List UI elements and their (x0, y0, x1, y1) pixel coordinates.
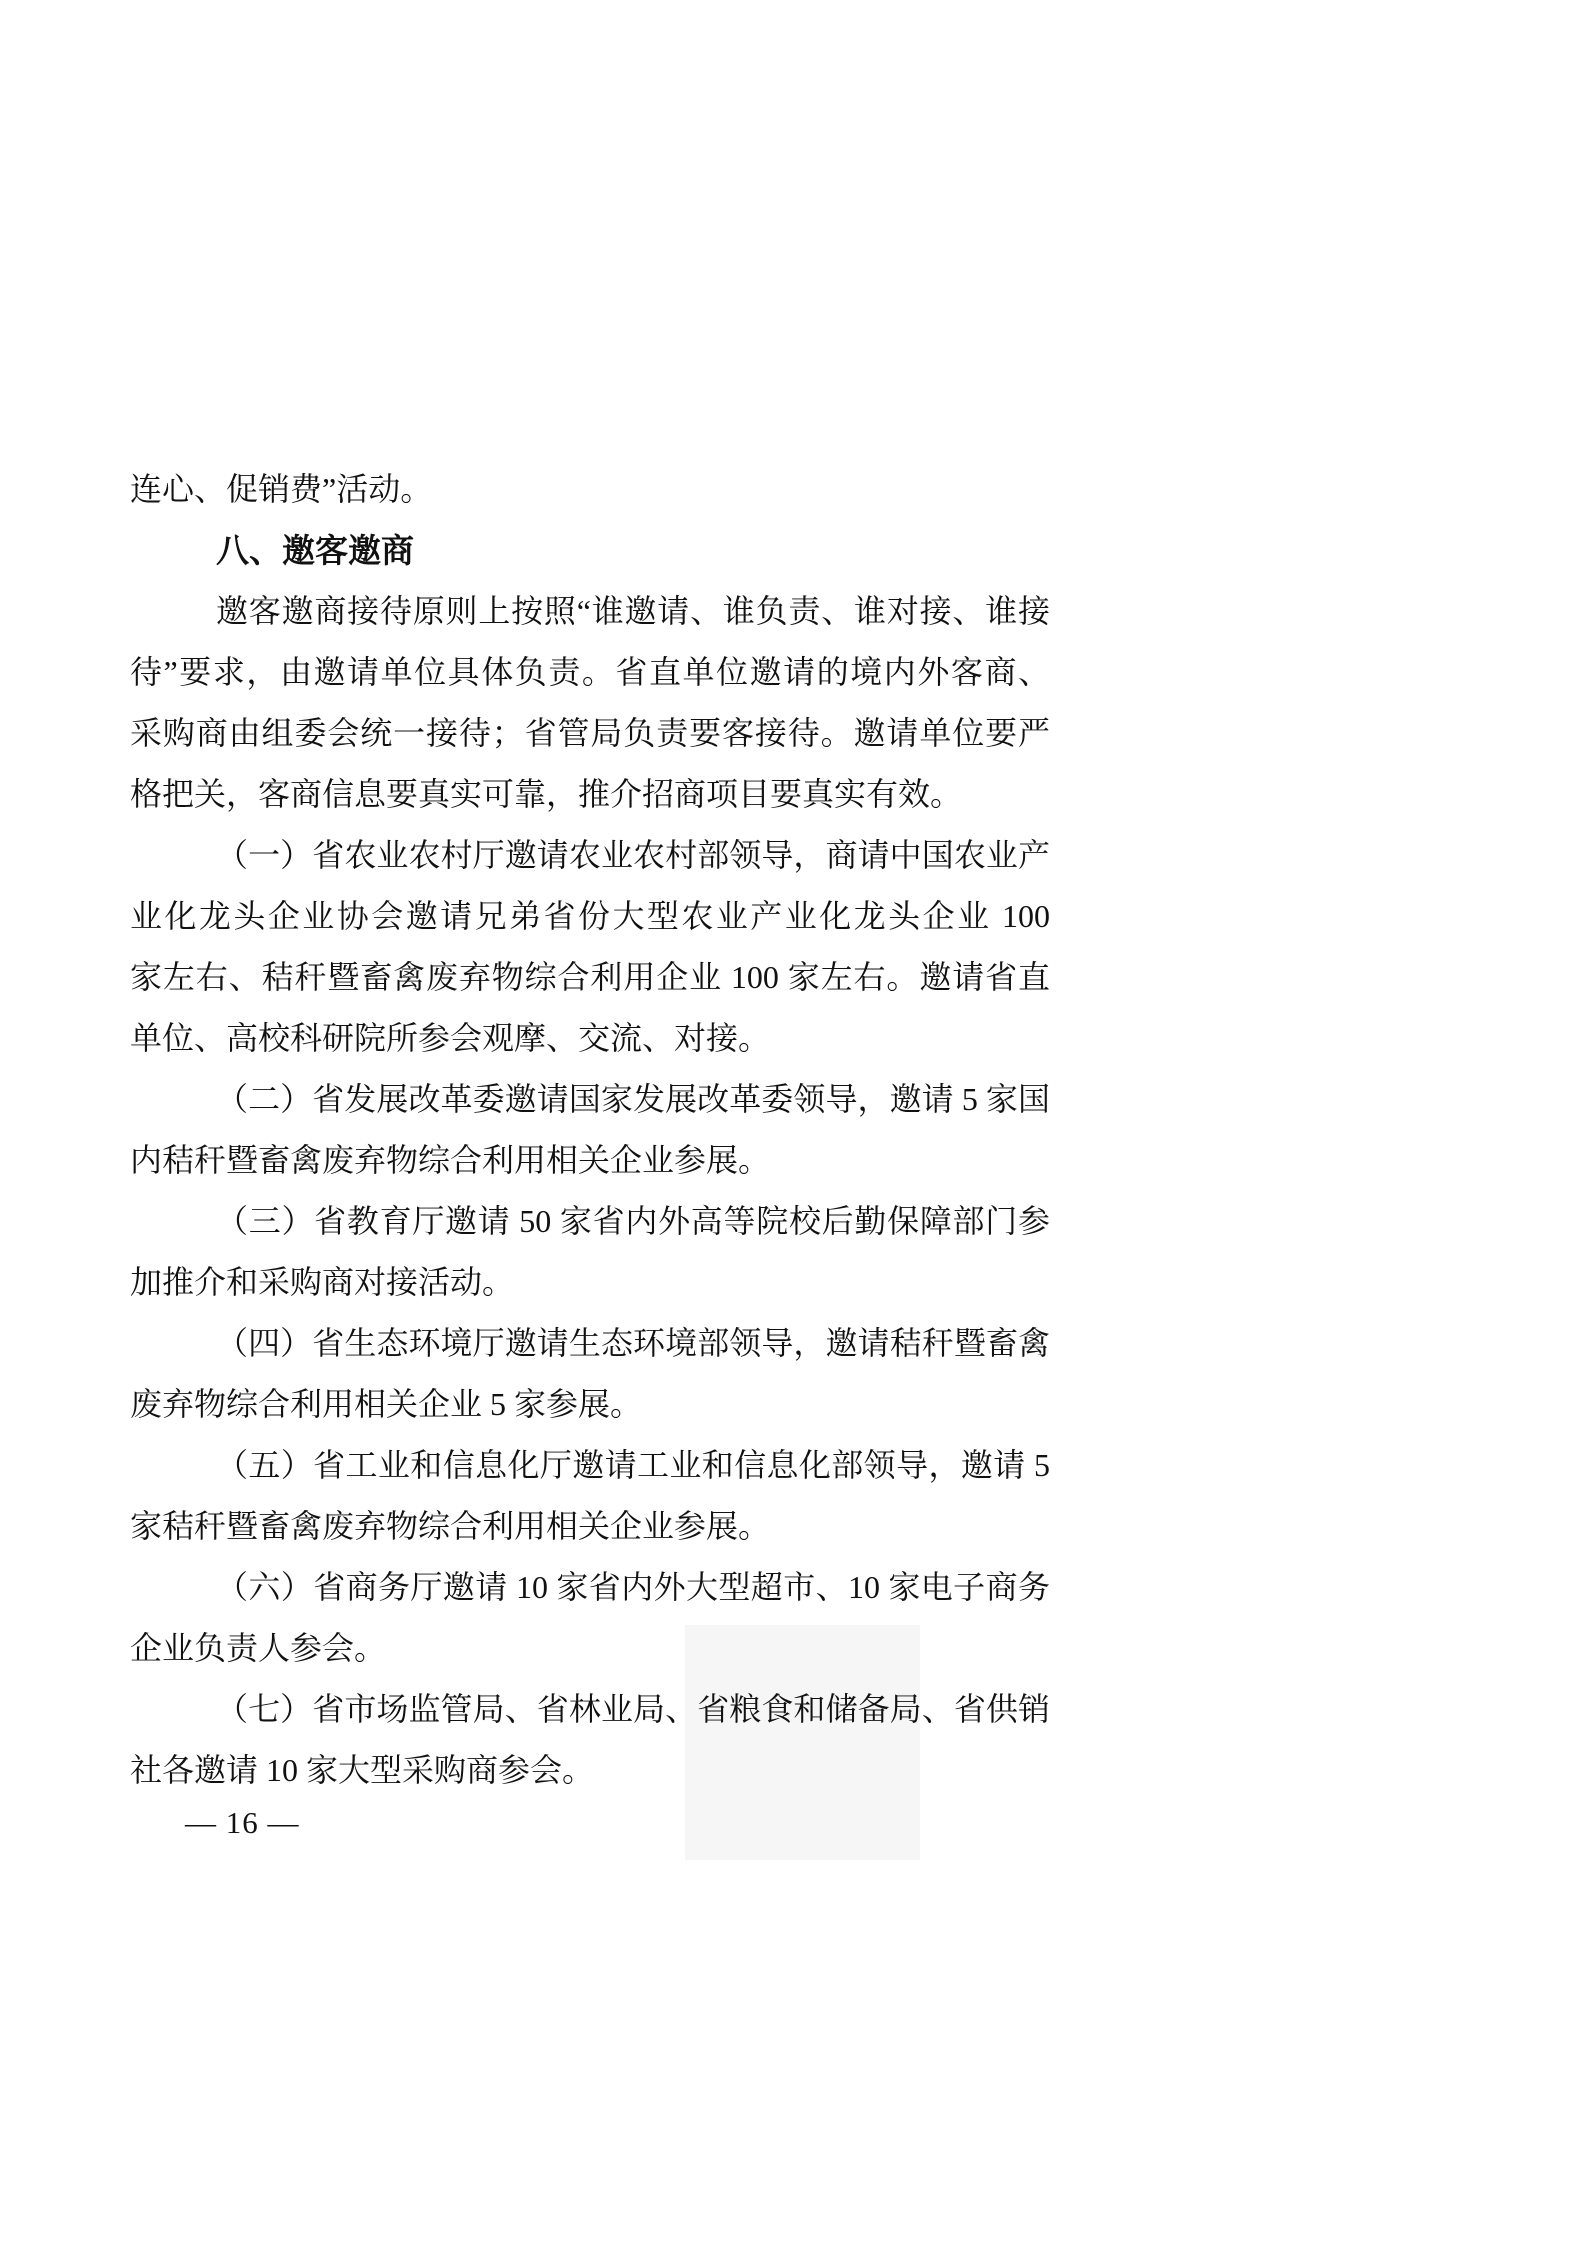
text-line: 废弃物综合利用相关企业 5 家参展。 (130, 1374, 1050, 1435)
text-line: （三）省教育厅邀请 50 家省内外高等院校后勤保障部门参 (130, 1191, 1050, 1252)
section-heading: 八、邀客邀商 (130, 520, 1050, 581)
text-line: （二）省发展改革委邀请国家发展改革委领导，邀请 5 家国 (130, 1069, 1050, 1130)
text-line: 采购商由组委会统一接待；省管局负责要客接待。邀请单位要严 (130, 703, 1050, 764)
document-page: 连心、促销费”活动。 八、邀客邀商 邀客邀商接待原则上按照“谁邀请、谁负责、谁对… (0, 0, 1588, 2245)
text-line: （六）省商务厅邀请 10 家省内外大型超市、10 家电子商务 (130, 1557, 1050, 1618)
text-line: 企业负责人参会。 (130, 1618, 1050, 1679)
text-line: 格把关，客商信息要真实可靠，推介招商项目要真实有效。 (130, 764, 1050, 825)
text-line: （五）省工业和信息化厅邀请工业和信息化部领导，邀请 5 (130, 1435, 1050, 1496)
text-line: 家左右、秸秆暨畜禽废弃物综合利用企业 100 家左右。邀请省直 (130, 947, 1050, 1008)
text-line: 连心、促销费”活动。 (130, 459, 1050, 520)
text-line: 待”要求，由邀请单位具体负责。省直单位邀请的境内外客商、 (130, 642, 1050, 703)
text-line: 业化龙头企业协会邀请兄弟省份大型农业产业化龙头企业 100 (130, 886, 1050, 947)
text-line: 加推介和采购商对接活动。 (130, 1252, 1050, 1313)
text-line: （七）省市场监管局、省林业局、省粮食和储备局、省供销 (130, 1679, 1050, 1740)
text-line: （四）省生态环境厅邀请生态环境部领导，邀请秸秆暨畜禽 (130, 1313, 1050, 1374)
text-line: （一）省农业农村厅邀请农业农村部领导，商请中国农业产 (130, 825, 1050, 886)
text-line: 内秸秆暨畜禽废弃物综合利用相关企业参展。 (130, 1130, 1050, 1191)
page-number: — 16 — (185, 1800, 300, 1846)
text-line: 家秸秆暨畜禽废弃物综合利用相关企业参展。 (130, 1496, 1050, 1557)
text-line: 单位、高校科研院所参会观摩、交流、对接。 (130, 1008, 1050, 1069)
document-body: 连心、促销费”活动。 八、邀客邀商 邀客邀商接待原则上按照“谁邀请、谁负责、谁对… (130, 459, 1050, 1801)
text-line: 邀客邀商接待原则上按照“谁邀请、谁负责、谁对接、谁接 (130, 581, 1050, 642)
text-line: 社各邀请 10 家大型采购商参会。 (130, 1740, 1050, 1801)
